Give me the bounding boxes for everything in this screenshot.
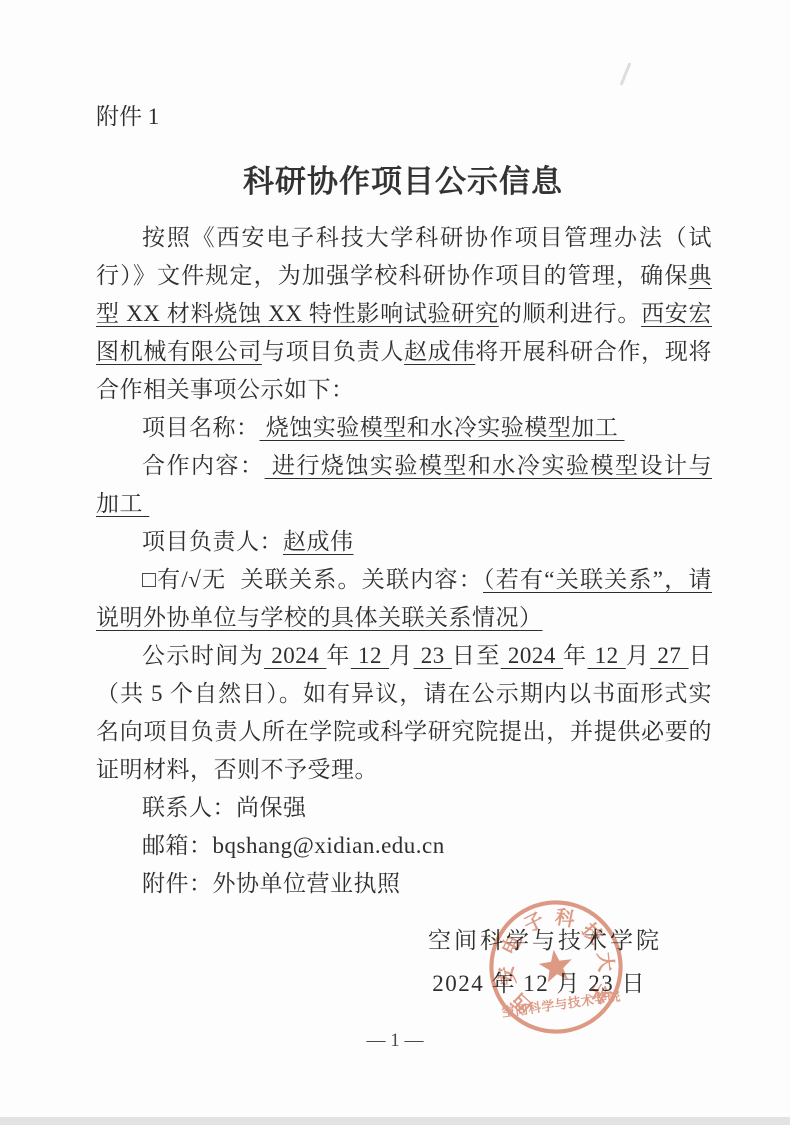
text-run: □有/√无 关联关系。关联内容： — [142, 567, 483, 592]
filled-blank: 27 — [650, 643, 688, 668]
attachment-label: 附件 1 — [96, 98, 159, 131]
text-run: 按照《西安电子科技大学科研协作项目管理办法（试行）》文件规定，为加强学校科研协作… — [96, 225, 712, 288]
text-run: 月 — [626, 643, 650, 668]
seal-arc-char: 大 — [593, 951, 618, 973]
text-run: 附件：外协单位营业执照 — [142, 871, 401, 896]
field-related-relationship: □有/√无 关联关系。关联内容：（若有“关联关系”，请说明外协单位与学校的具体关… — [96, 561, 712, 637]
seal-arc-char: 安 — [494, 964, 520, 988]
text-run: 联系人：尚保强 — [142, 795, 307, 820]
paragraph-publicity-period: 公示时间为 2024 年 12 月 23 日至 2024 年 12 月 27 日… — [96, 637, 712, 789]
text-run: 的顺利进行。 — [499, 301, 641, 326]
field-email: 邮箱：bqshang@xidian.edu.cn — [96, 827, 712, 865]
filled-blank: 烧蚀实验模型和水冷实验模型加工 — [260, 415, 625, 440]
field-cooperation-content: 合作内容： 进行烧蚀实验模型和水冷实验模型设计与加工 — [96, 447, 712, 523]
document-page: 附件 1 科研协作项目公示信息 按照《西安电子科技大学科研协作项目管理办法（试行… — [0, 0, 790, 1125]
scan-artifact — [620, 62, 632, 85]
text-run: 项目名称： — [142, 415, 260, 440]
text-run: 年 — [563, 643, 587, 668]
text-run: 项目负责人： — [142, 529, 283, 554]
filled-blank: 23 — [414, 643, 452, 668]
text-run: 公示时间为 — [142, 643, 264, 668]
filled-blank: 2024 — [501, 643, 563, 668]
filled-blank: 赵成伟 — [283, 529, 354, 554]
text-run: 月 — [389, 643, 413, 668]
text-run: 邮箱：bqshang@xidian.edu.cn — [142, 833, 445, 858]
text-run: 与项目负责人 — [262, 339, 404, 364]
seal-arc-char: 科 — [553, 905, 577, 931]
field-contact-person: 联系人：尚保强 — [96, 789, 712, 827]
seal-arc-char: 子 — [521, 909, 549, 938]
filled-blank: 12 — [587, 643, 625, 668]
text-run: 合作内容： — [142, 453, 265, 478]
filled-blank: 2024 — [264, 643, 326, 668]
document-body: 按照《西安电子科技大学科研协作项目管理办法（试行）》文件规定，为加强学校科研协作… — [96, 219, 712, 903]
paragraph-intro: 按照《西安电子科技大学科研协作项目管理办法（试行）》文件规定，为加强学校科研协作… — [96, 219, 712, 409]
filled-blank: 赵成伟 — [404, 339, 475, 364]
text-run: 日至 — [452, 643, 501, 668]
filled-blank: 12 — [351, 643, 389, 668]
page-number: — 1 — — [0, 1030, 790, 1052]
seal-star-icon — [537, 947, 574, 983]
page-edge — [0, 1117, 790, 1125]
page-title: 科研协作项目公示信息 — [96, 156, 710, 201]
text-run: 年 — [326, 643, 350, 668]
field-project-name: 项目名称： 烧蚀实验模型和水冷实验模型加工 — [96, 409, 712, 447]
field-project-leader: 项目负责人：赵成伟 — [96, 523, 712, 561]
